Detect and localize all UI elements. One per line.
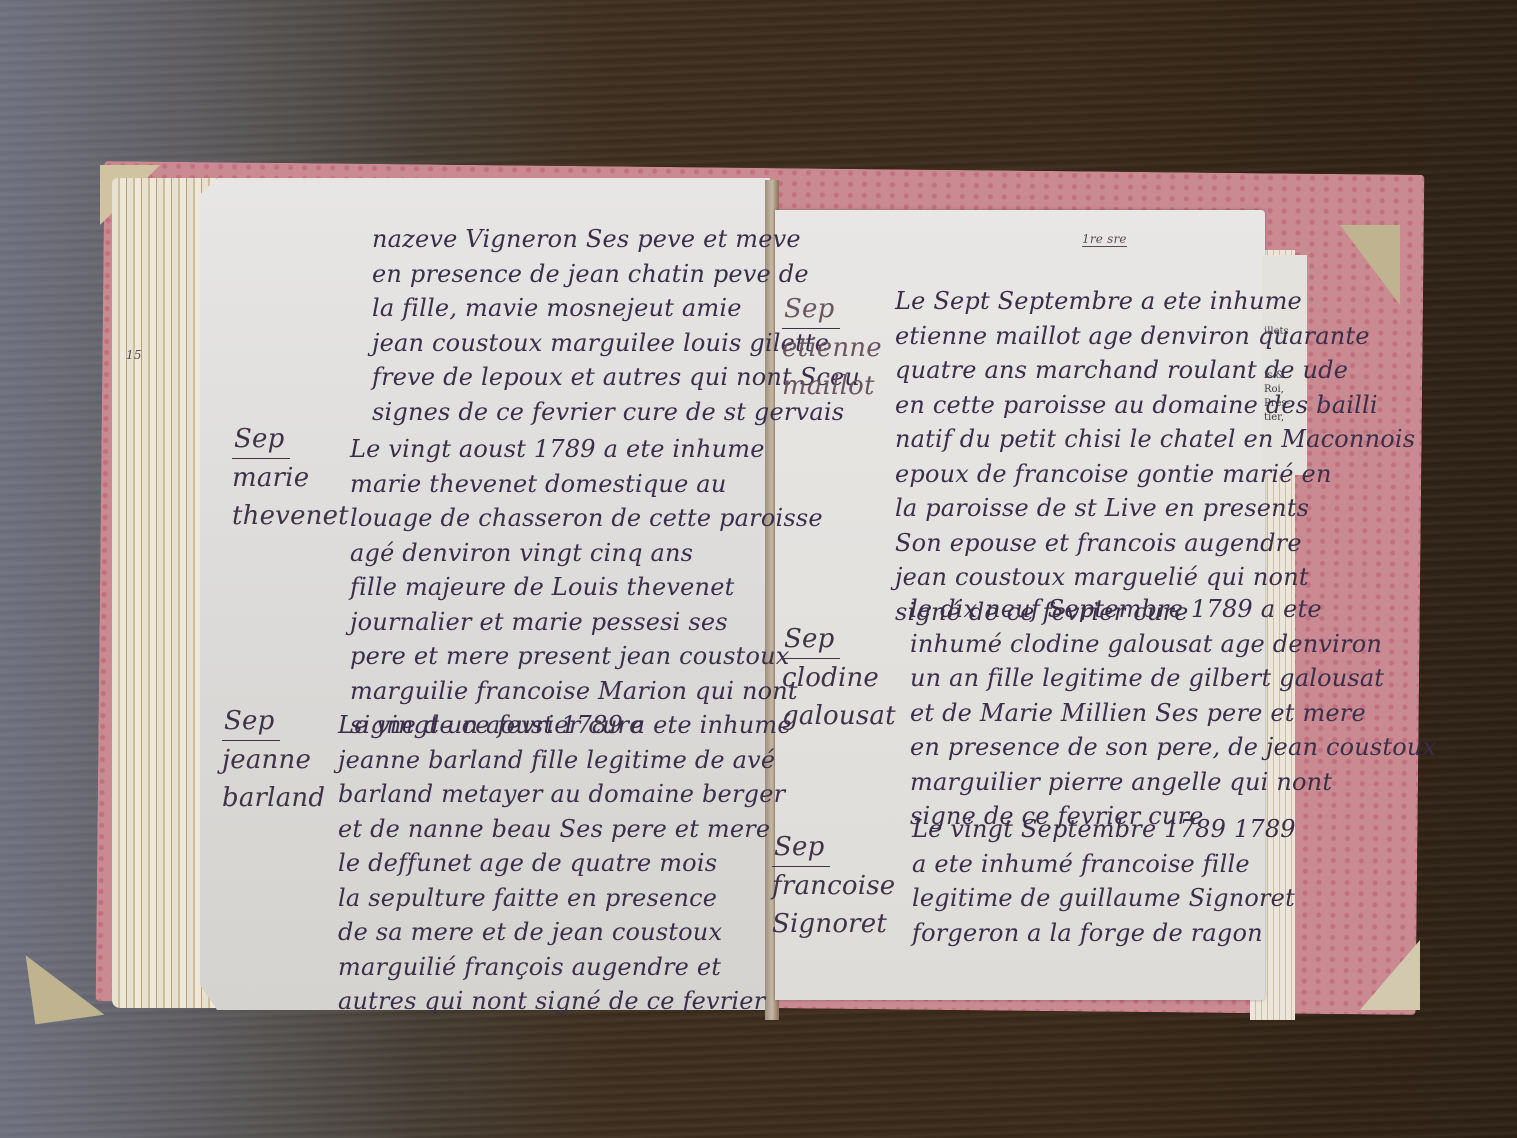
margin-name: francoise (772, 867, 895, 905)
sepulture-mark: Sep (772, 828, 830, 867)
margin-note-etienne-maillot: Sep etienne maillot (782, 290, 882, 405)
text-line: forgeron a la forge de ragon (912, 916, 1296, 951)
text-line: le deffunet age de quatre mois (338, 846, 792, 881)
margin-name: Signoret (772, 905, 895, 943)
margin-name: maillot (782, 367, 882, 405)
text-line: Le vingt Septembre 1789 1789 (912, 812, 1296, 847)
margin-name: jeanne (222, 741, 325, 779)
text-line: en presence de jean chatin peve de (372, 257, 860, 292)
text-line: marie thevenet domestique au (350, 467, 823, 502)
margin-note-clodine-galousat: Sep clodine galousat (782, 620, 896, 735)
text-line: et de Marie Millien Ses pere et mere (910, 696, 1436, 731)
text-line: jeanne barland fille legitime de avé (338, 743, 792, 778)
text-line: fille majeure de Louis thevenet (350, 570, 823, 605)
text-line: louage de chasseron de cette paroisse (350, 501, 823, 536)
text-line: en cette paroisse au domaine des bailli (895, 388, 1415, 423)
text-line: la paroisse de st Live en presents (895, 491, 1415, 526)
edge-folio-mark: 15 (126, 348, 142, 362)
text-line: un an fille legitime de gilbert galousat (910, 661, 1436, 696)
margin-name: clodine (782, 659, 896, 697)
text-line: etienne maillot age denviron quarante (895, 319, 1415, 354)
text-line: epoux de francoise gontie marié en (895, 457, 1415, 492)
burial-entry-jeanne-barland: Le vingt un aoust 1789 a ete inhumé jean… (338, 708, 792, 1019)
text-line: journalier et marie pessesi ses (350, 605, 823, 640)
text-line: barland metayer au domaine berger (338, 777, 792, 812)
burial-entry-francoise-signoret: Le vingt Septembre 1789 1789 a ete inhum… (912, 812, 1296, 950)
sepulture-mark: Sep (222, 702, 280, 741)
text-line: jean coustoux marguelié qui nont (895, 560, 1415, 595)
margin-name: barland (222, 779, 325, 817)
margin-name: thevenet (232, 497, 349, 535)
sepulture-mark: Sep (232, 420, 290, 459)
text-line: natif du petit chisi le chatel en Maconn… (895, 422, 1415, 457)
folio-header-mark: 1re sre (1082, 232, 1127, 247)
burial-entry-marie-thevenet: Le vingt aoust 1789 a ete inhume marie t… (350, 432, 823, 743)
text-line: Son epouse et francois augendre (895, 526, 1415, 561)
burial-entry-etienne-maillot: Le Sept Septembre a ete inhume etienne m… (895, 284, 1415, 629)
text-line: et de nanne beau Ses pere et mere (338, 812, 792, 847)
margin-note-marie-thevenet: Sep marie thevenet (232, 420, 349, 535)
margin-note-jeanne-barland: Sep jeanne barland (222, 702, 325, 817)
text-line: la sepulture faitte en presence (338, 881, 792, 916)
text-line: a ete inhumé francoise fille (912, 847, 1296, 882)
margin-name: marie (232, 459, 349, 497)
text-line: marguilié françois augendre et (338, 950, 792, 985)
text-line: pere et mere present jean coustoux (350, 639, 823, 674)
text-line: autres qui nont signé de ce fevrier (338, 984, 792, 1019)
text-line: nazeve Vigneron Ses peve et meve (372, 222, 860, 257)
sepulture-mark: Sep (782, 620, 840, 659)
margin-note-francoise-signoret: Sep francoise Signoret (772, 828, 895, 943)
margin-name: galousat (782, 697, 896, 735)
text-line: Le vingt un aoust 1789 a ete inhumé (338, 708, 792, 743)
text-line: quatre ans marchand roulant de ude (895, 353, 1415, 388)
text-line: inhumé clodine galousat age denviron (910, 627, 1436, 662)
text-line: agé denviron vingt cinq ans (350, 536, 823, 571)
text-line: le dix neuf Septembre 1789 a ete (910, 592, 1436, 627)
burial-entry-clodine-galousat: le dix neuf Septembre 1789 a ete inhumé … (910, 592, 1436, 834)
text-line: de sa mere et de jean coustoux (338, 915, 792, 950)
sepulture-mark: Sep (782, 290, 840, 329)
text-line: Le Sept Septembre a ete inhume (895, 284, 1415, 319)
margin-name: etienne (782, 329, 882, 367)
text-line: en presence de son pere, de jean coustou… (910, 730, 1436, 765)
text-line: Le vingt aoust 1789 a ete inhume (350, 432, 823, 467)
text-line: marguilie francoise Marion qui nont (350, 674, 823, 709)
text-line: marguilier pierre angelle qui nont (910, 765, 1436, 800)
text-line: legitime de guillaume Signoret (912, 881, 1296, 916)
